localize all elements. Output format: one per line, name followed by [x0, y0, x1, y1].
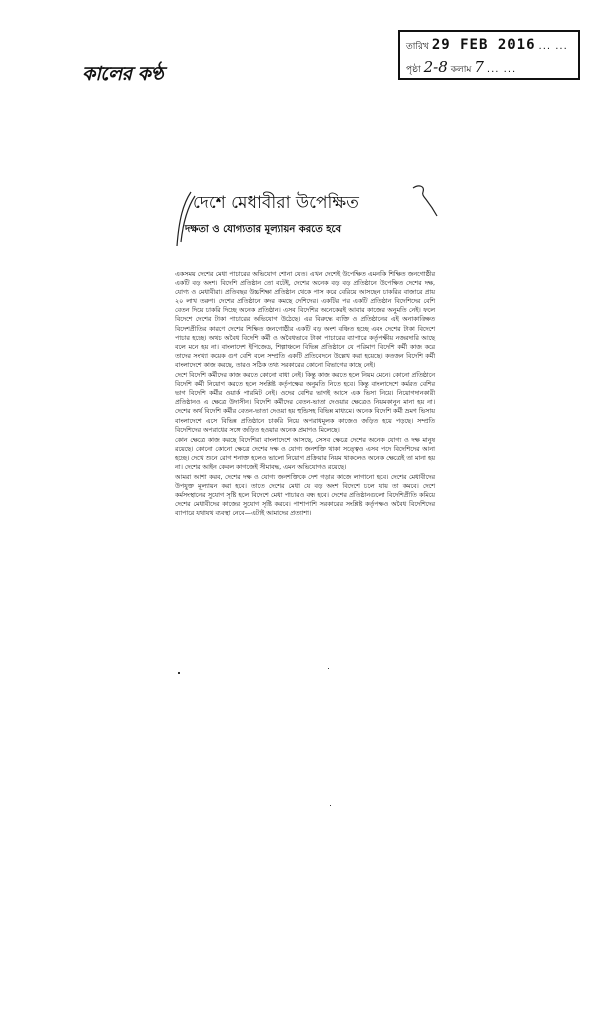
article-paragraph: একসময় দেশের মেধা পাচারের অভিযোগ শোনা যে… — [175, 270, 435, 370]
stamp-filler: ... ... — [539, 37, 568, 57]
article-paragraph: দেশে বিদেশি কর্মীদের কাজ করতে কোনো বাধা … — [175, 371, 435, 435]
stamp-date-label: তারিখ — [406, 37, 429, 57]
stamp-page-row: পৃষ্ঠা 2-8 কলাম 7 ... ... — [406, 57, 572, 80]
stamp-filler: ... ... — [487, 60, 516, 80]
article: দেশে মেধাবীরা উপেক্ষিত দক্ষতা ও যোগ্যতার… — [175, 190, 435, 520]
stamp-column-label: কলাম — [451, 60, 472, 80]
article-paragraph: কোন ক্ষেত্রে কাজ করছে বিদেশিরা বাংলাদেশে… — [175, 436, 435, 472]
article-paragraph: আমরা আশা করব, দেশের দক্ষ ও যোগ্য জনশক্তি… — [175, 473, 435, 518]
stamp-column-value: 7 — [474, 57, 484, 77]
newspaper-masthead: কালের কণ্ঠ — [82, 60, 163, 92]
handwritten-check-mark — [411, 182, 439, 220]
headline-block: দেশে মেধাবীরা উপেক্ষিত দক্ষতা ও যোগ্যতার… — [175, 190, 435, 260]
scan-speck — [178, 672, 180, 674]
archive-stamp: তারিখ 29 FEB 2016 ... ... পৃষ্ঠা 2-8 কলা… — [398, 30, 580, 80]
scan-speck — [328, 668, 329, 669]
scan-speck — [330, 805, 331, 806]
article-subheadline: দক্ষতা ও যোগ্যতার মূল্যায়ন করতে হবে — [185, 222, 341, 239]
article-body: একসময় দেশের মেধা পাচারের অভিযোগ শোনা যে… — [175, 270, 435, 519]
stamp-date-value: 29 FEB 2016 — [432, 35, 536, 55]
article-headline: দেশে মেধাবীরা উপেক্ষিত — [193, 190, 359, 218]
stamp-page-value: 2-8 — [424, 57, 448, 77]
stamp-date-row: তারিখ 29 FEB 2016 ... ... — [406, 35, 572, 57]
stamp-page-label: পৃষ্ঠা — [406, 60, 421, 80]
